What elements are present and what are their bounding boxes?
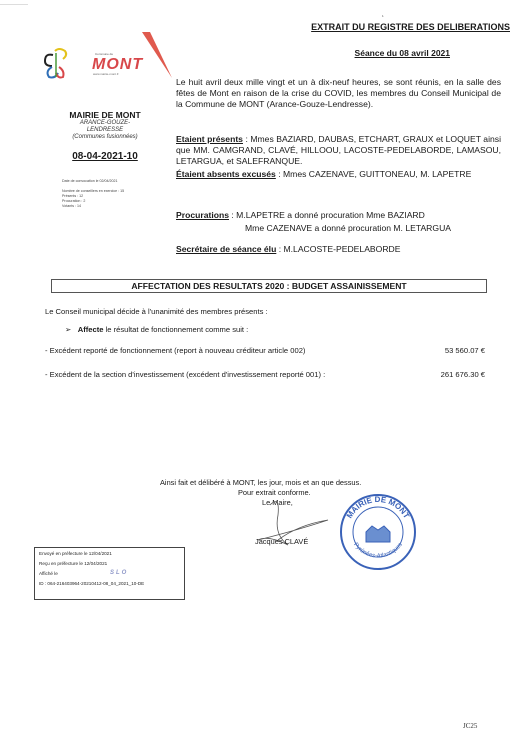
meeting-meta: Date de convocation le 02/04/2021 Nombre… bbox=[62, 179, 162, 209]
result-line: - Excédent de la section d'investissemen… bbox=[45, 370, 485, 379]
svg-text:MAIRIE DE MONT: MAIRIE DE MONT bbox=[345, 495, 411, 520]
presents-label: Etaient présents bbox=[176, 134, 243, 144]
mayor-name: Jacques CLAVÉ bbox=[255, 537, 308, 546]
logo-url: www.mairie-mont.fr bbox=[93, 72, 119, 76]
scan-artifact bbox=[0, 4, 28, 5]
procuration-1: : M.LAPETRE a donné procuration Mme BAZI… bbox=[229, 210, 425, 220]
procuration-2: Mme CAZENAVE a donné procuration M. LETA… bbox=[245, 223, 451, 233]
mairie-block: MAIRIE DE MONT ARANCE-GOUZE- LENDRESSE (… bbox=[50, 110, 160, 162]
secretaire-text: : M.LACOSTE-PEDELABORDE bbox=[276, 244, 400, 254]
red-accent-mark bbox=[140, 30, 175, 80]
affectation-title: AFFECTATION DES RESULTATS 2020 : BUDGET … bbox=[51, 279, 487, 293]
page-code: JC25 bbox=[463, 722, 477, 730]
prefecture-box: Envoyé en préfecture le 12/04/2021 Reçu … bbox=[34, 547, 185, 600]
official-stamp-icon: MAIRIE DE MONT Pyrénées-Atlantiques bbox=[338, 492, 418, 572]
procurations-label: Procurations bbox=[176, 210, 229, 220]
result-amount: 261 676.30 € bbox=[441, 370, 485, 379]
result-label: - Excédent de la section d'investissemen… bbox=[45, 370, 325, 379]
result-amount: 53 560.07 € bbox=[445, 346, 485, 355]
deliberation-reference: 08-04-2021-10 bbox=[50, 151, 160, 162]
session-date: Séance du 08 avril 2021 bbox=[240, 48, 450, 58]
secretaire-label: Secrétaire de séance élu bbox=[176, 244, 276, 254]
svg-text:Pyrénées-Atlantiques: Pyrénées-Atlantiques bbox=[352, 542, 404, 560]
decision-text: Le Conseil municipal décide à l'unanimit… bbox=[45, 307, 268, 316]
secretaire-paragraph: Secrétaire de séance élu : M.LACOSTE-PED… bbox=[176, 244, 401, 254]
closing-statement: Ainsi fait et délibéré à MONT, les jour,… bbox=[160, 478, 361, 487]
presents-paragraph: Etaient présents : Mmes BAZIARD, DAUBAS,… bbox=[176, 134, 501, 167]
mairie-sub-2: LENDRESSE bbox=[50, 127, 160, 134]
mairie-sub-3: (Communes fusionnées) bbox=[50, 134, 160, 141]
acte-id: ID : 064-216403964-20210412-08_04_2021_1… bbox=[39, 579, 184, 589]
absents-label: Étaient absents excusés bbox=[176, 169, 276, 179]
intro-paragraph: Le huit avril deux mille vingt et un à d… bbox=[176, 77, 501, 110]
mairie-sub-1: ARANCE-GOUZE- bbox=[50, 120, 160, 127]
envoye-date: Envoyé en préfecture le 12/04/2021 bbox=[39, 549, 184, 559]
slo-logo-icon: SLO bbox=[110, 568, 128, 578]
absents-paragraph: Étaient absents excusés : Mmes CAZENAVE,… bbox=[176, 168, 501, 180]
affecte-line: ➢ Affecte le résultat de fonctionnement … bbox=[65, 325, 248, 334]
affecte-bold: Affecte bbox=[78, 325, 104, 334]
arrow-bullet-icon: ➢ bbox=[65, 325, 71, 334]
procurations-paragraph: Procurations : M.LAPETRE a donné procura… bbox=[176, 209, 501, 221]
result-line: - Excédent reporté de fonctionnement (re… bbox=[45, 346, 485, 355]
result-label: - Excédent reporté de fonctionnement (re… bbox=[45, 346, 305, 355]
document-title: EXTRAIT DU REGISTRE DES DELIBERATIONS bbox=[220, 22, 510, 32]
mairie-name: MAIRIE DE MONT bbox=[50, 110, 160, 120]
votants-count: Votants : 14 bbox=[62, 204, 162, 209]
affecte-rest: le résultat de fonctionnement comme suit… bbox=[103, 325, 248, 334]
absents-text: : Mmes CAZENAVE, GUITTONEAU, M. LAPETRE bbox=[276, 169, 471, 179]
margin-mark: 1 bbox=[382, 14, 384, 18]
